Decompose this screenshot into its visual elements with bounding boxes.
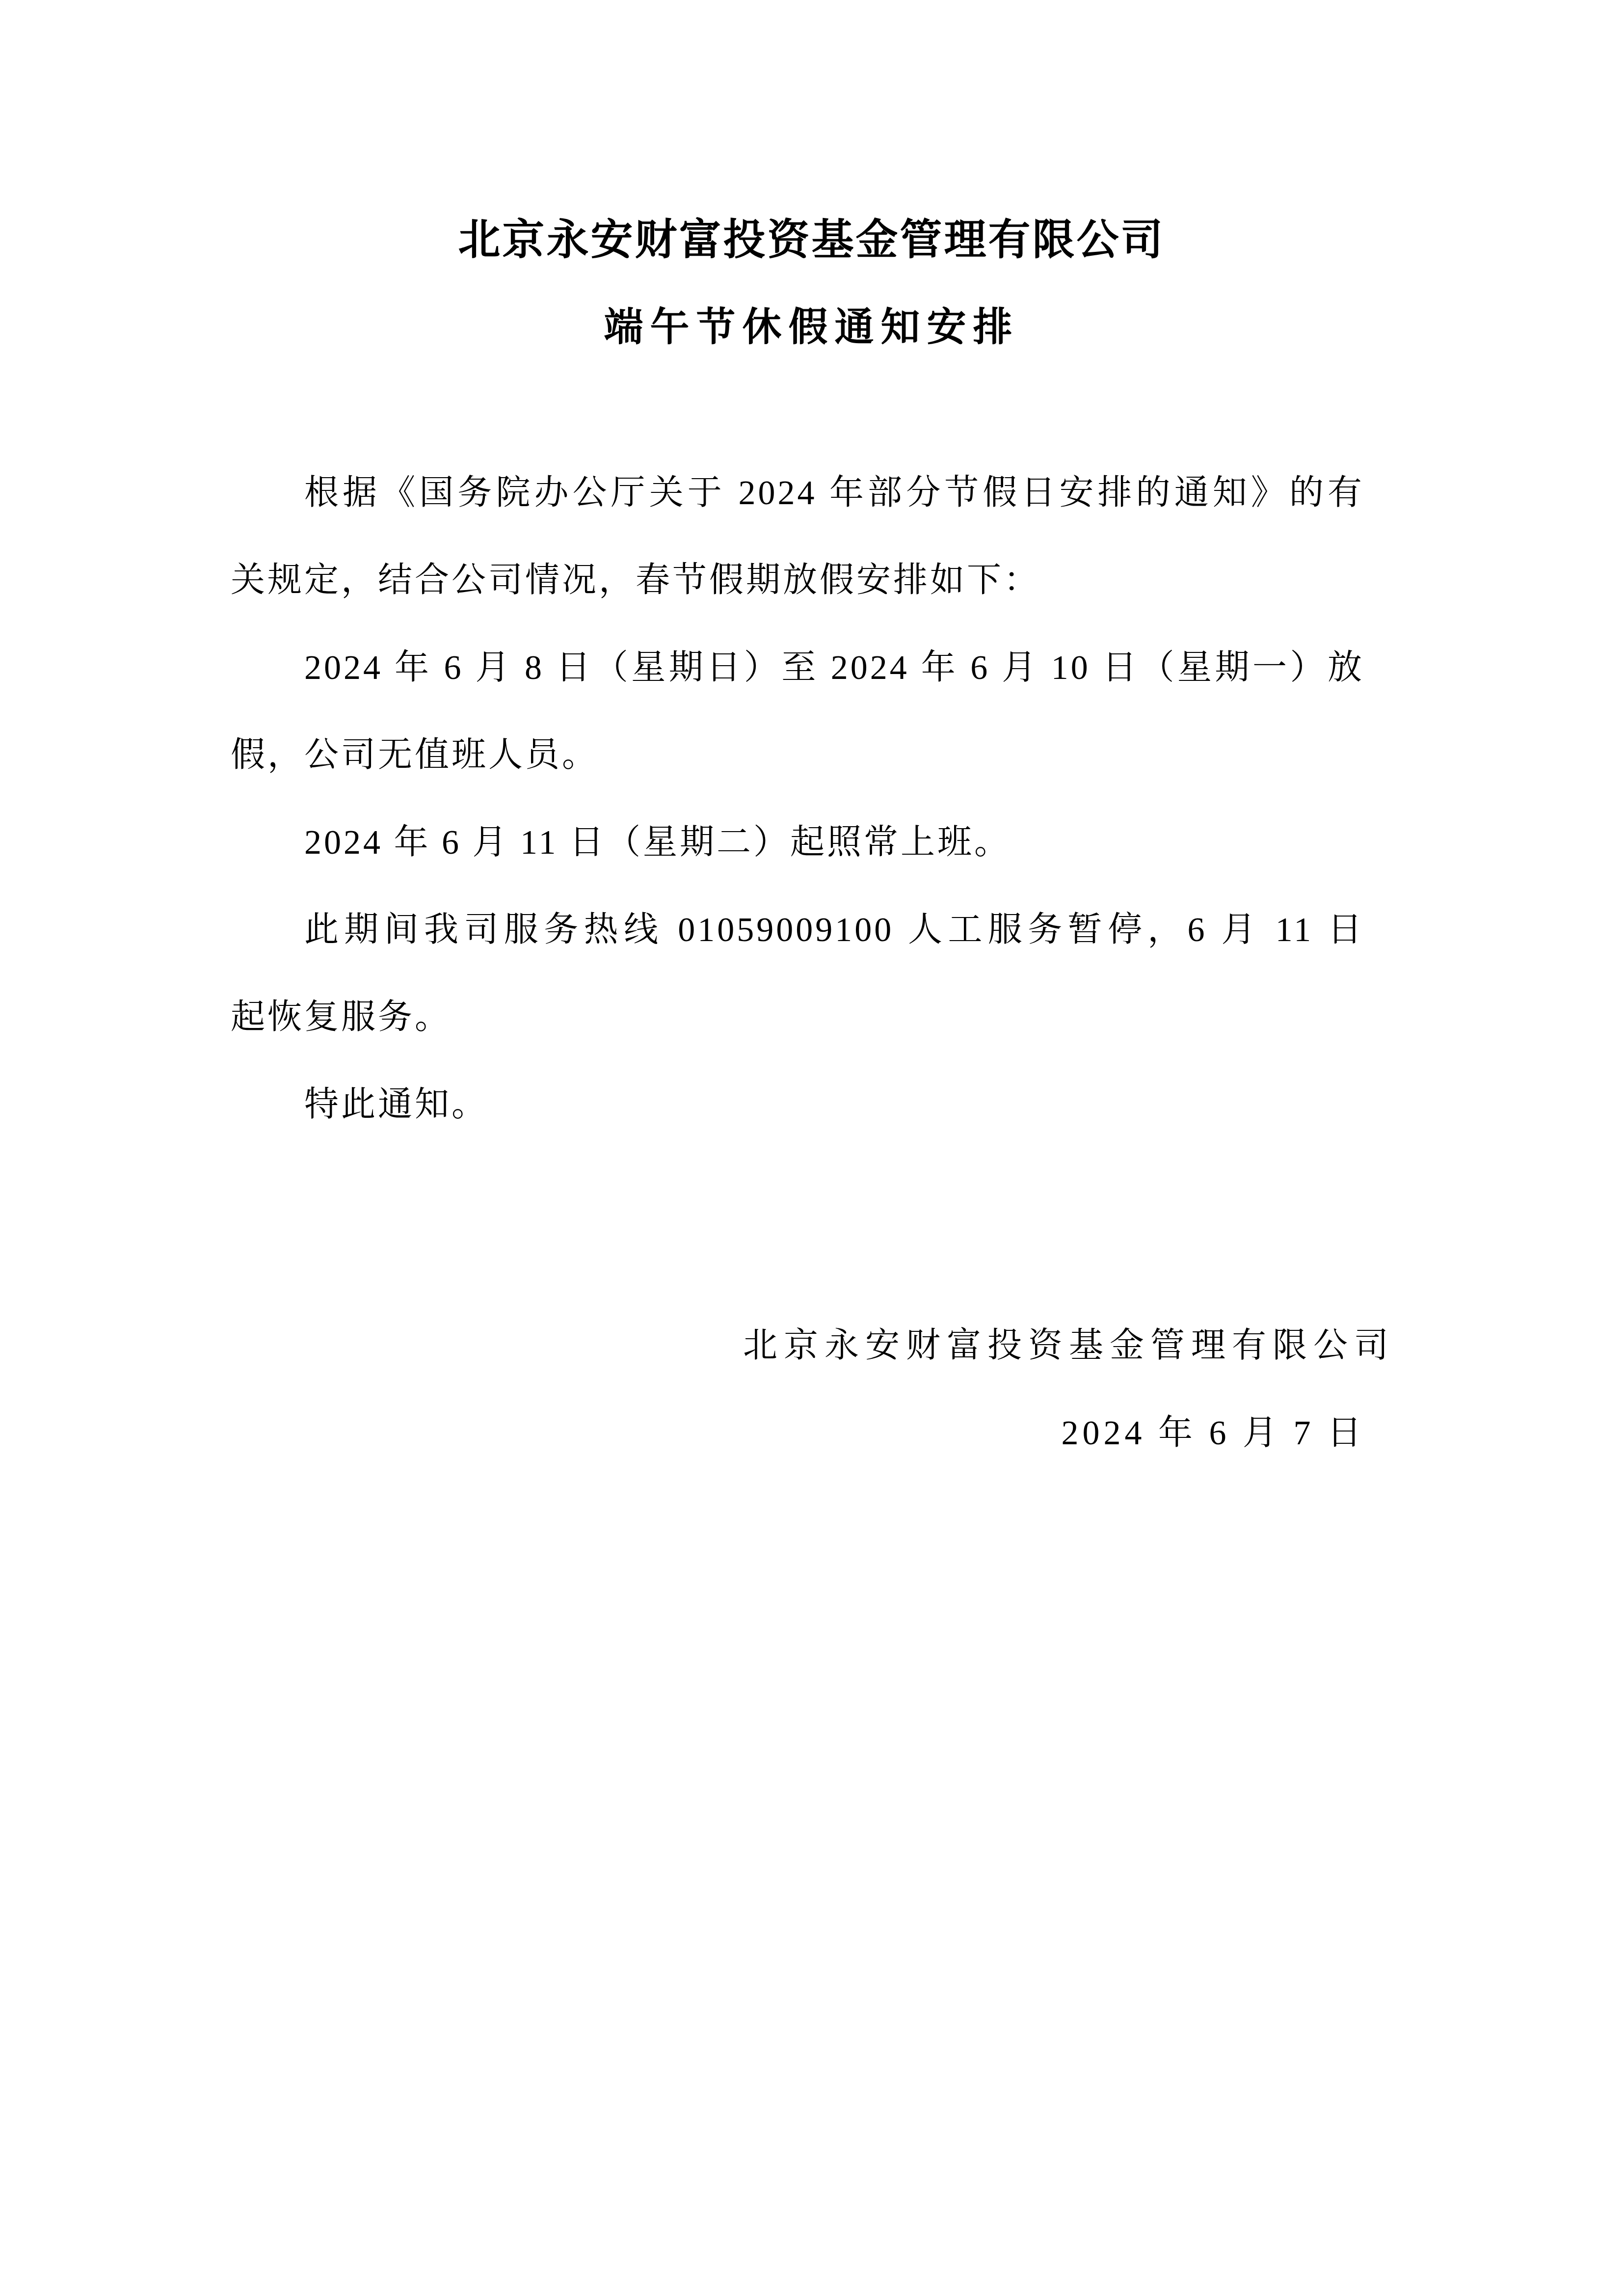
document-subtitle: 端午节休假通知安排 — [0, 284, 1623, 371]
body-line: 根据《国务院办公厅关于 2024 年部分节假日安排的通知》的有 — [231, 450, 1364, 537]
signature-company-name: 北京永安财富投资基金管理有限公司 — [0, 1302, 1395, 1390]
document-title: 北京永安财富投资基金管理有限公司 — [0, 196, 1623, 284]
body-line: 假，公司无值班人员。 — [231, 712, 1364, 799]
signature-block: 北京永安财富投资基金管理有限公司 2024 年 6 月 7 日 — [0, 1302, 1623, 1477]
document-body: 根据《国务院办公厅关于 2024 年部分节假日安排的通知》的有 关规定，结合公司… — [0, 450, 1623, 1149]
body-line: 2024 年 6 月 11 日（星期二）起照常上班。 — [231, 799, 1364, 887]
signature-date: 2024 年 6 月 7 日 — [0, 1390, 1365, 1477]
body-line: 关规定，结合公司情况，春节假期放假安排如下： — [231, 537, 1364, 624]
body-line: 特此通知。 — [231, 1061, 1364, 1149]
body-line: 2024 年 6 月 8 日（星期日）至 2024 年 6 月 10 日（星期一… — [231, 624, 1364, 712]
body-line: 此期间我司服务热线 01059009100 人工服务暂停，6 月 11 日 — [231, 887, 1364, 974]
body-line: 起恢复服务。 — [231, 974, 1364, 1061]
notice-document-page: 北京永安财富投资基金管理有限公司 端午节休假通知安排 根据《国务院办公厅关于 2… — [0, 0, 1623, 2296]
